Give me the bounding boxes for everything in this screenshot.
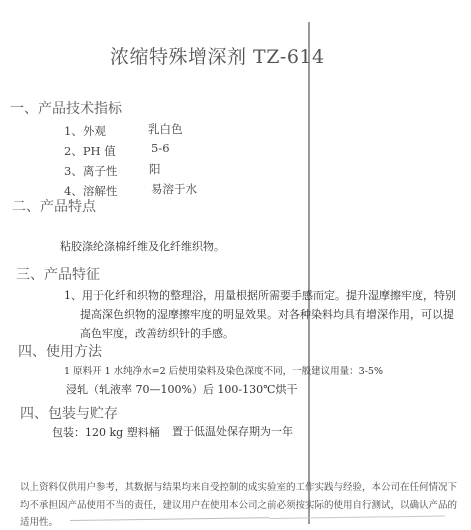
section-heading-usage: 四、使用方法: [18, 341, 102, 361]
packaging-text: 包装：120 kg 塑料桶: [52, 424, 160, 440]
disclaimer-line: 以上资料仅供用户参考，其数据与结果均来自受控制的成实验室的工作实践与经验，本公司…: [20, 479, 457, 493]
section-heading-specs: 一、产品技术指标: [10, 98, 122, 118]
characteristics-line: 提高深色织物的湿摩擦牢度的明显效果。对各种染料均具有增深作用，可以提: [80, 306, 454, 322]
spec-label: 2、PH 值: [64, 143, 116, 159]
storage-text: 置于低温处保存期为一年: [172, 423, 293, 439]
spec-value: 阳: [149, 161, 161, 177]
spec-value: 乳白色: [148, 121, 183, 137]
spec-label: 1、外观: [64, 123, 106, 139]
characteristics-line: 1、用于化纤和织物的整理浴，用量根据所需要手感而定。提升湿摩擦牢度，特别: [64, 287, 456, 303]
usage-line: 1 原料开 1 水纯净水=2 后使用染料及染色深度不同，一般建议用量：3-5%: [64, 363, 383, 377]
spec-label: 3、离子性: [64, 163, 117, 179]
characteristics-line: 高色牢度，改善纺织针的手感。: [80, 325, 234, 341]
usage-line: 浸轧（轧液率 70—100%）后 100-130℃烘干: [66, 381, 297, 397]
section-heading-characteristics: 三、产品特征: [16, 264, 100, 284]
disclaimer-line: 适用性。: [20, 514, 58, 528]
spec-value: 易溶于水: [151, 181, 197, 197]
section-heading-packaging: 四、包装与贮存: [20, 403, 118, 423]
scan-edge-line: [270, 516, 445, 519]
features-text: 粘胶涤纶涤棉纤维及化纤维织物。: [60, 238, 225, 254]
disclaimer-line: 均不承担因产品使用不当的责任，建议用户在使用本公司之前必须按实际的使用自行测试，…: [20, 497, 457, 511]
scan-edge-line: [70, 517, 270, 521]
section-heading-features: 二、产品特点: [12, 196, 96, 216]
document-title: 浓缩特殊增深剂 TZ-614: [110, 42, 325, 69]
scan-fold-line: [308, 22, 310, 524]
spec-value: 5-6: [151, 141, 170, 155]
